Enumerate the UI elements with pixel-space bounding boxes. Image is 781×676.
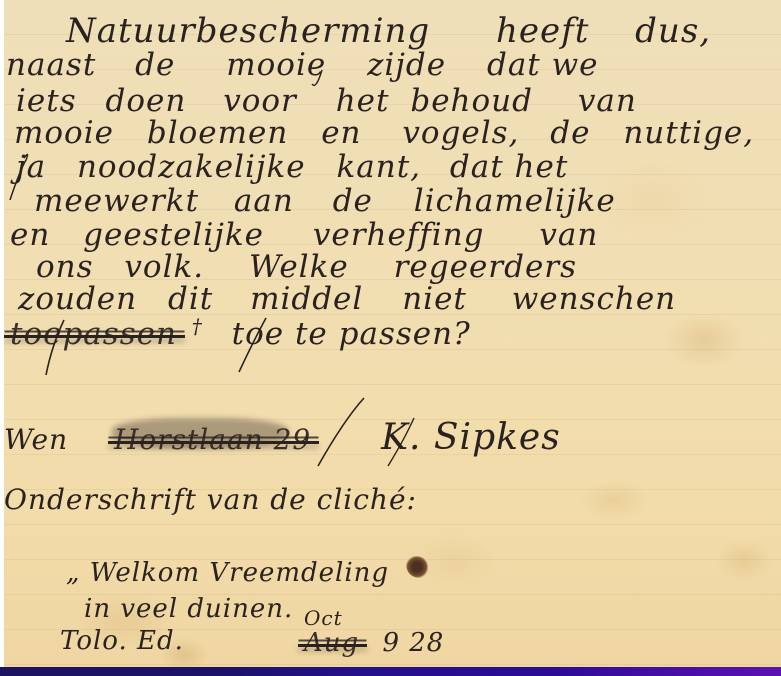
caption-quote-line-1: „ Welkom Vreemdeling: [66, 560, 389, 586]
footer-left: Tolo. Ed.: [60, 628, 184, 654]
struck-month: Aug: [304, 630, 359, 656]
date-insertion: Oct: [304, 608, 343, 628]
signature-line: Wen Horstlaan 29 K. Sipkes: [4, 420, 561, 456]
taskbar-strip: [0, 667, 781, 676]
caption-quote-line-2: in veel duinen.: [84, 596, 293, 622]
quote-text: Welkom Vreemdeling: [90, 558, 389, 588]
address-prefix: Wen: [4, 426, 68, 454]
author-signature: K. Sipkes: [381, 417, 561, 458]
open-quote: „: [66, 558, 80, 588]
date-rest: 9 28: [382, 628, 444, 658]
struck-address: Horstlaan 29: [114, 426, 311, 454]
caption-heading: Onderschrift van de cliché:: [4, 486, 417, 514]
manuscript-page: Natuurbescherming heeft dus, naast de mo…: [4, 0, 781, 667]
document-viewer: Natuurbescherming heeft dus, naast de mo…: [0, 0, 781, 676]
footer-date: Aug 9 28: [304, 630, 444, 656]
